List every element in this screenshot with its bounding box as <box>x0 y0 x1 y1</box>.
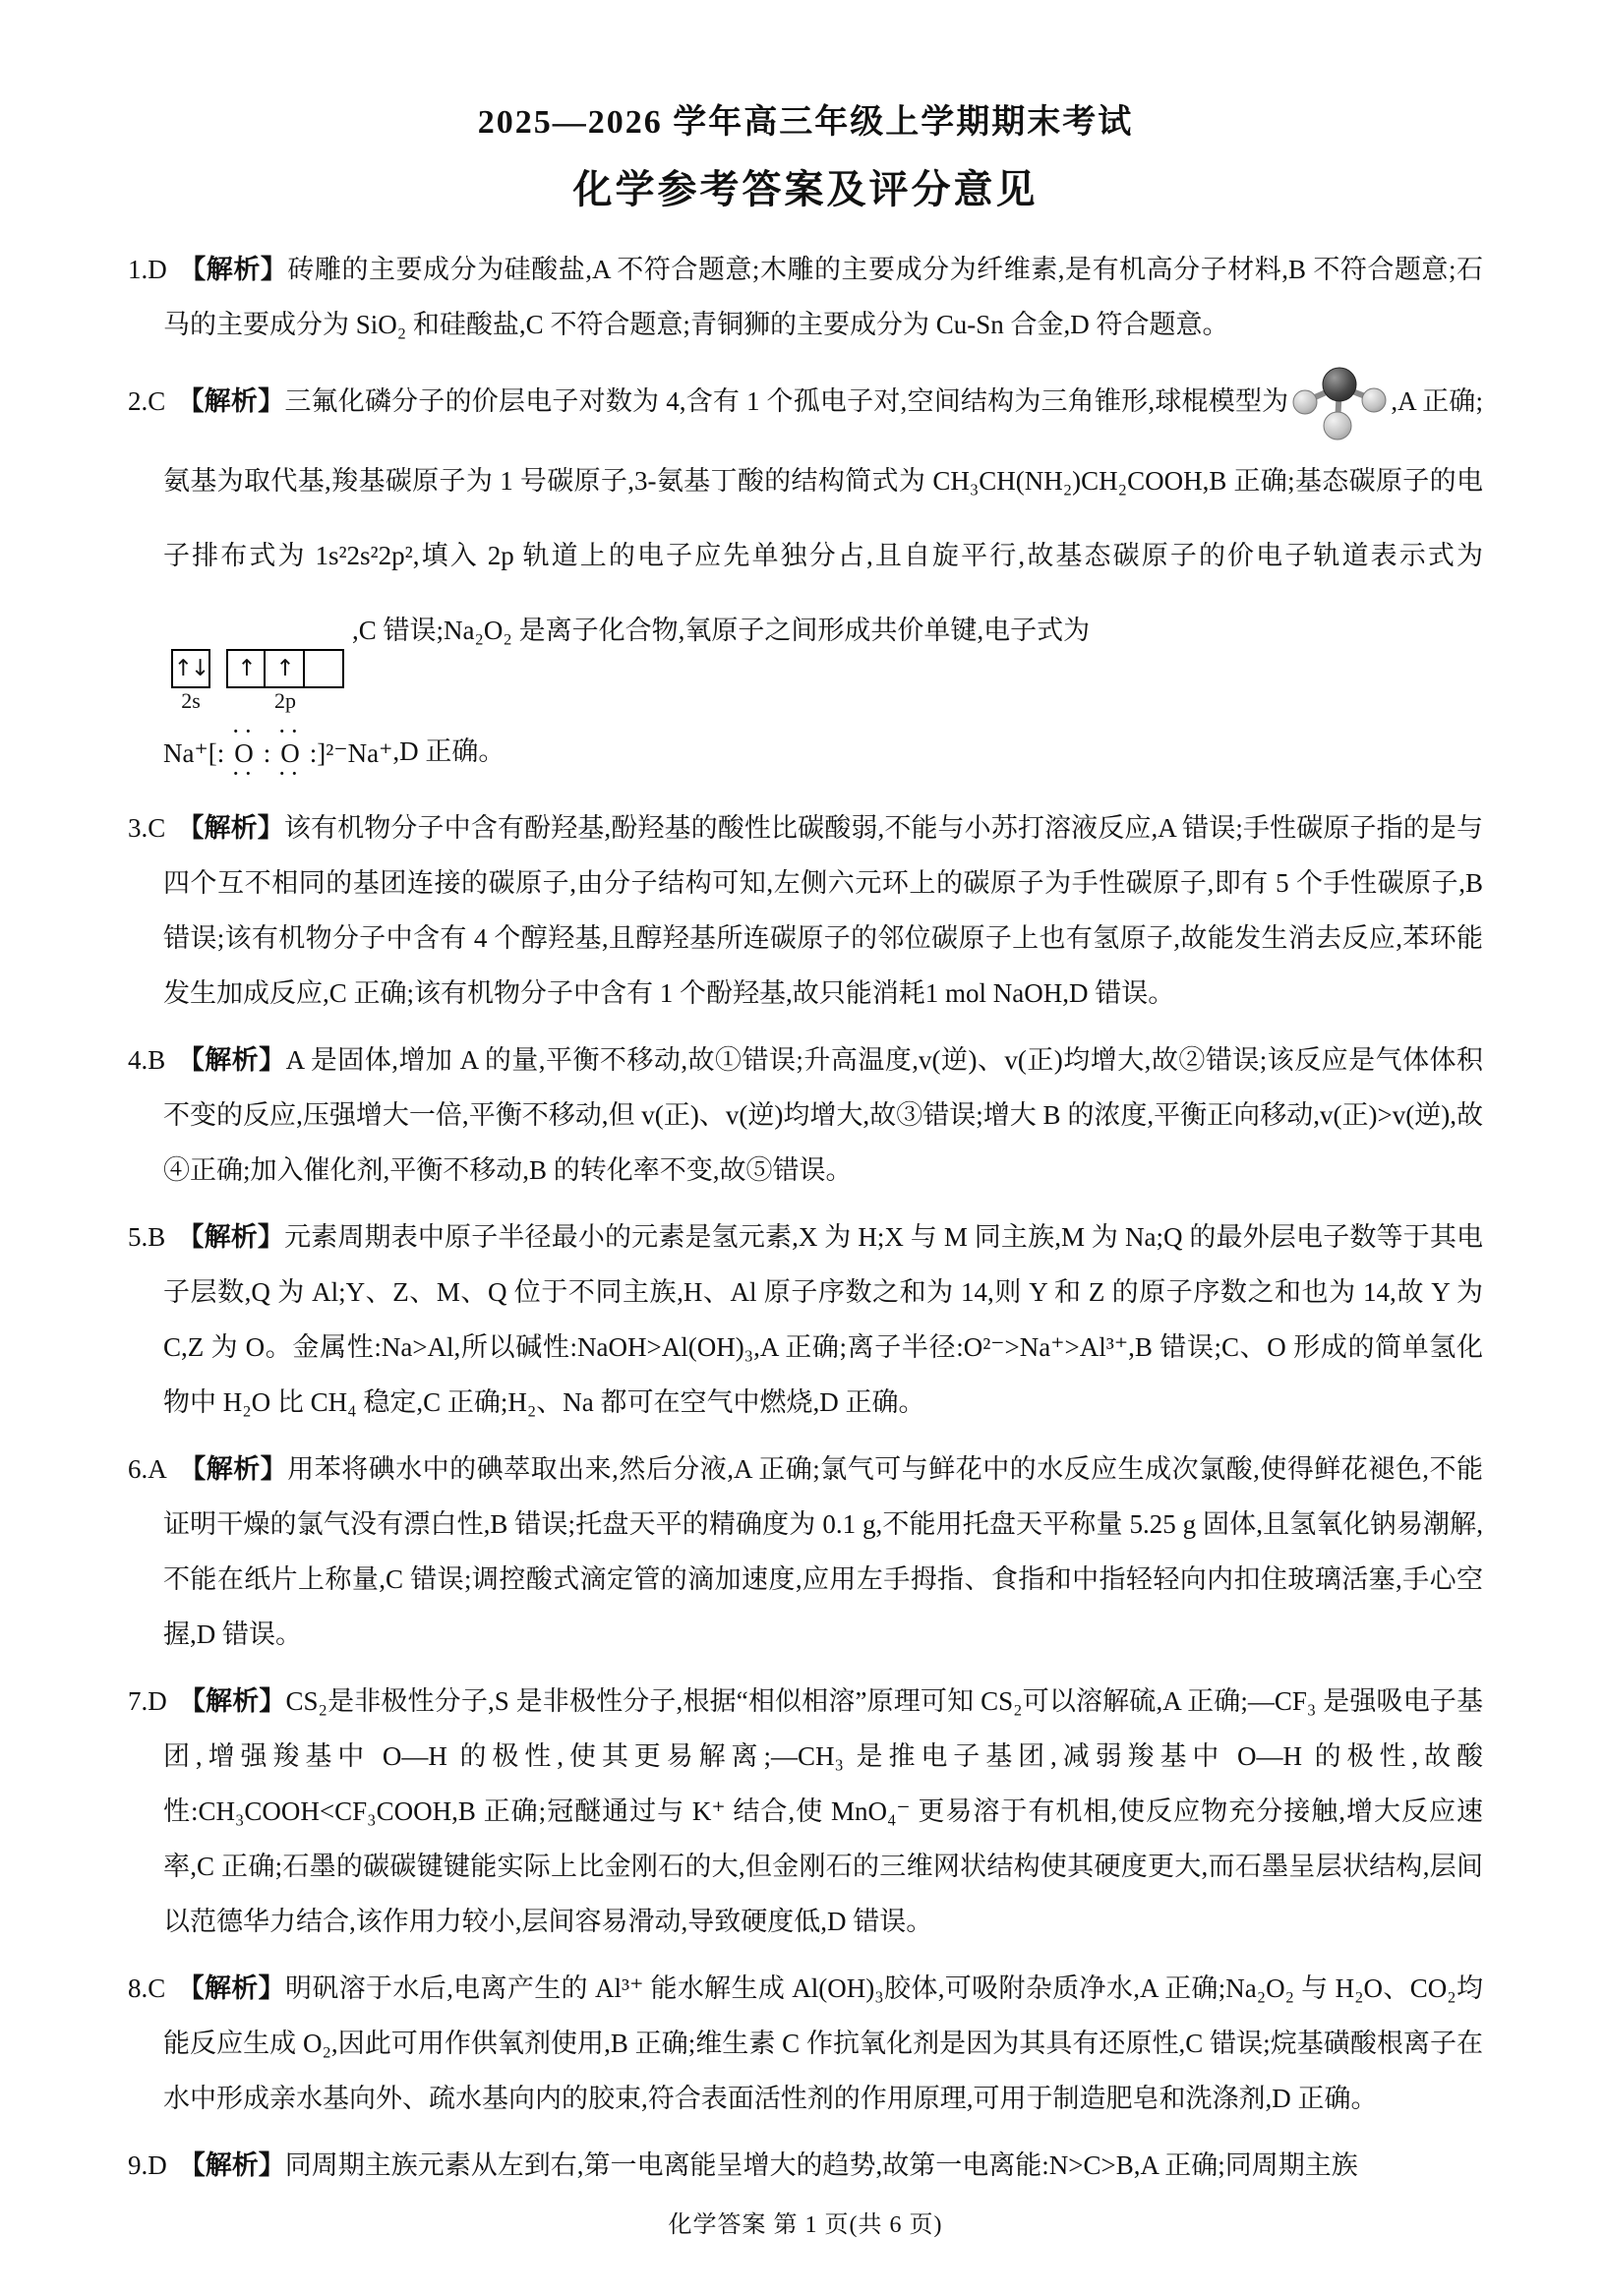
page-subtitle: 化学参考答案及评分意见 <box>128 158 1483 214</box>
item-number: 3.C <box>128 813 165 843</box>
lone-pair-dots: ·· <box>231 769 256 779</box>
page-title: 2025—2026 学年高三年级上学期期末考试 <box>128 94 1483 143</box>
orbital-2p-group: ↑↑2p <box>226 649 344 714</box>
lone-pair-dots: ·· <box>277 769 302 779</box>
item-number: 1.D <box>128 255 167 284</box>
electron-formula-left: Na⁺[: <box>163 738 224 768</box>
orbital-2s-label: 2s <box>171 688 210 714</box>
item-text: 明矾溶于水后,电离产生的 Al³⁺ 能水解生成 Al(OH)₃胶体,可吸附杂质净… <box>163 1973 1483 2113</box>
orbital-diagram: ↑↓2s↑↑2p <box>171 649 344 714</box>
analysis-label: 【解析】 <box>179 1454 287 1484</box>
item-number: 8.C <box>128 1973 165 2003</box>
orbital-box-2s: ↑↓ <box>171 649 210 688</box>
item-text: 该有机物分子中含有酚羟基,酚羟基的酸性比碳酸弱,不能与小苏打溶液反应,A 错误;… <box>163 813 1483 1008</box>
answer-item-6: 6.A【解析】用苯将碘水中的碘萃取出来,然后分液,A 正确;氯气可与鲜花中的水反… <box>128 1442 1483 1662</box>
orbital-box-2p3 <box>305 649 344 688</box>
item-number: 4.B <box>128 1045 165 1075</box>
oxygen-with-lone-pairs: ··O·· <box>280 738 300 769</box>
lone-pair-dots: ·· <box>231 727 256 736</box>
item-text: CS₂是非极性分子,S 是非极性分子,根据“相似相溶”原理可知 CS₂可以溶解硫… <box>163 1686 1483 1936</box>
item-text: 三氟化磷分子的价层电子对数为 4,含有 1 个孤电子对,空间结构为三角锥形,球棍… <box>284 386 1288 416</box>
lone-pair-dots: ·· <box>277 727 302 736</box>
item-text: ,C 错误;Na₂O₂ 是离子化合物,氧原子之间形成共价单键,电子式为 <box>352 616 1090 645</box>
analysis-label: 【解析】 <box>177 1045 285 1075</box>
answer-item-3: 3.C【解析】该有机物分子中含有酚羟基,酚羟基的酸性比碳酸弱,不能与小苏打溶液反… <box>128 800 1483 1021</box>
analysis-label: 【解析】 <box>177 1222 284 1252</box>
analysis-label: 【解析】 <box>177 1973 285 2003</box>
analysis-label: 【解析】 <box>179 255 288 284</box>
analysis-label: 【解析】 <box>179 1686 286 1716</box>
page-footer: 化学答案 第 1 页(共 6 页) <box>128 2205 1483 2296</box>
answer-item-5: 5.B【解析】元素周期表中原子半径最小的元素是氢元素,X 为 H;X 与 M 同… <box>128 1209 1483 1430</box>
orbital-2s-group: ↑↓2s <box>171 649 210 714</box>
oxygen-with-lone-pairs: ··O·· <box>234 738 254 769</box>
orbital-box-2p2: ↑ <box>266 649 305 688</box>
analysis-label: 【解析】 <box>179 2150 285 2180</box>
item-text: ,D 正确。 <box>392 736 505 766</box>
answer-item-7: 7.D【解析】CS₂是非极性分子,S 是非极性分子,根据“相似相溶”原理可知 C… <box>128 1674 1483 1949</box>
item-text: 元素周期表中原子半径最小的元素是氢元素,X 为 H;X 与 M 同主族,M 为 … <box>163 1222 1483 1417</box>
item-number: 7.D <box>128 1686 167 1716</box>
analysis-label: 【解析】 <box>177 386 284 416</box>
item-number: 2.C <box>128 386 165 416</box>
item-number: 5.B <box>128 1222 165 1252</box>
item-text: A 是固体,增加 A 的量,平衡不移动,故①错误;升高温度,v(逆)、v(正)均… <box>163 1045 1483 1185</box>
electron-formula-mid: : <box>264 738 271 768</box>
item-text: 砖雕的主要成分为硅酸盐,A 不符合题意;木雕的主要成分为纤维素,是有机高分子材料… <box>163 255 1483 339</box>
item-number: 9.D <box>128 2150 167 2180</box>
electron-formula: Na⁺[:··O··:··O··:]²⁻Na⁺ <box>163 738 392 769</box>
answer-item-8: 8.C【解析】明矾溶于水后,电离产生的 Al³⁺ 能水解生成 Al(OH)₃胶体… <box>128 1961 1483 2126</box>
item-text: 用苯将碘水中的碘萃取出来,然后分液,A 正确;氯气可与鲜花中的水反应生成次氯酸,… <box>163 1454 1483 1649</box>
answer-item-1: 1.D【解析】砖雕的主要成分为硅酸盐,A 不符合题意;木雕的主要成分为纤维素,是… <box>128 242 1483 352</box>
analysis-label: 【解析】 <box>177 813 284 843</box>
answer-item-9: 9.D【解析】同周期主族元素从左到右,第一电离能呈增大的趋势,故第一电离能:N>… <box>128 2138 1483 2193</box>
exam-answer-page: 2025—2026 学年高三年级上学期期末考试 化学参考答案及评分意见 1.D【… <box>0 0 1605 2253</box>
item-number: 6.A <box>128 1454 167 1484</box>
pf3-ball-stick-model-icon <box>1292 365 1387 443</box>
item-text: 同周期主族元素从左到右,第一电离能呈增大的趋势,故第一电离能:N>C>B,A 正… <box>285 2150 1358 2180</box>
orbital-2p-label: 2p <box>226 688 344 714</box>
electron-formula-right: :]²⁻Na⁺ <box>310 738 393 768</box>
orbital-box-2p1: ↑ <box>226 649 266 688</box>
answer-item-4: 4.B【解析】A 是固体,增加 A 的量,平衡不移动,故①错误;升高温度,v(逆… <box>128 1032 1483 1198</box>
answer-item-2: 2.C【解析】三氟化磷分子的价层电子对数为 4,含有 1 个孤电子对,空间结构为… <box>128 364 1483 789</box>
